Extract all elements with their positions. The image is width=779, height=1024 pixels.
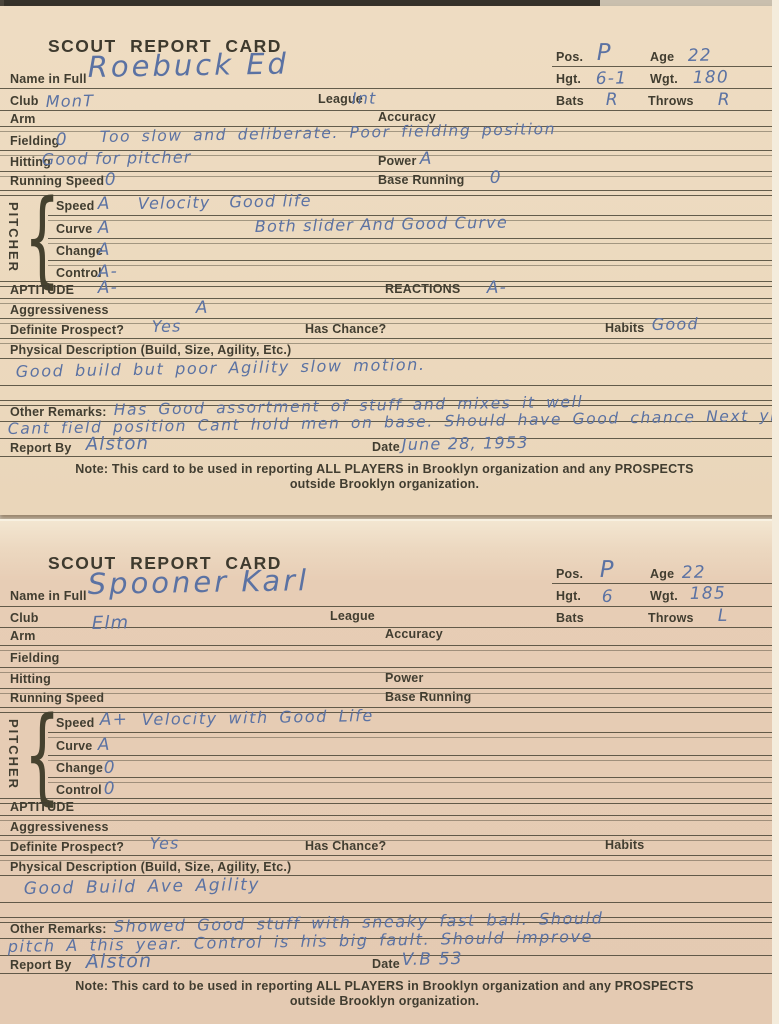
definite-prospect-value: Yes [152, 316, 182, 336]
rule-line [48, 243, 772, 244]
rule-line [0, 973, 772, 974]
other-remarks-label: Other Remarks: [10, 405, 107, 419]
speed-grade-value: A [98, 194, 111, 214]
rule-line [0, 195, 772, 196]
bats-label: Bats [556, 611, 584, 625]
physical-description-label: Physical Description (Build, Size, Agili… [10, 343, 291, 357]
curve-grade-value: A [98, 218, 111, 238]
report-by-label: Report By [10, 441, 72, 455]
rule-line [0, 707, 772, 708]
pos-value: P [597, 40, 613, 66]
has-chance-label: Has Chance? [305, 322, 386, 336]
aggressiveness-label: Aggressiveness [10, 303, 109, 317]
speed-grade-value: A+ [100, 710, 129, 730]
aggressiveness-value: A [196, 298, 209, 318]
rule-line [0, 902, 772, 903]
change-label: Change [56, 244, 103, 258]
definite-prospect-label: Definite Prospect? [10, 323, 124, 337]
physical-description-value: Good Build Ave Agility [24, 875, 261, 899]
rule-line [0, 645, 772, 646]
hitting-value: Good for pitcher [42, 147, 192, 169]
rule-line [0, 338, 772, 339]
rule-line [48, 782, 772, 783]
rule-line [0, 875, 772, 876]
has-chance-label: Has Chance? [305, 839, 386, 853]
rule-line [0, 820, 772, 821]
speed-note-value: Velocity with Good Life [142, 706, 374, 729]
change-grade-value: 0 [104, 758, 116, 778]
speed-label: Speed [56, 716, 95, 730]
club-label: Club [10, 611, 39, 625]
throws-value: L [718, 606, 729, 626]
date-label: Date [372, 957, 400, 971]
rule-line [0, 190, 772, 191]
reactions-label: REACTIONS [385, 282, 460, 296]
rule-line [552, 583, 772, 584]
fielding-label: Fielding [10, 134, 60, 148]
rule-line [0, 835, 772, 836]
wgt-value: 180 [693, 67, 729, 88]
rule-line [0, 650, 772, 651]
throws-value: R [718, 90, 731, 110]
hgt-label: Hgt. [556, 72, 581, 86]
base-running-value: 0 [490, 168, 502, 188]
wgt-value: 185 [690, 583, 726, 604]
wgt-label: Wgt. [650, 72, 678, 86]
rule-line [48, 755, 772, 756]
arm-label: Arm [10, 112, 36, 126]
rule-line [48, 265, 772, 266]
curve-label: Curve [56, 739, 92, 753]
definite-prospect-label: Definite Prospect? [10, 840, 124, 854]
reactions-value: A- [487, 278, 508, 298]
league-value: Int [352, 89, 377, 108]
rule-line [0, 456, 772, 457]
definite-prospect-value: Yes [150, 833, 180, 853]
control-label: Control [56, 266, 102, 280]
rule-line [48, 777, 772, 778]
club-value: MonT [46, 91, 95, 111]
base-running-label: Base Running [385, 690, 471, 704]
rule-line [0, 385, 772, 386]
rule-line [0, 88, 772, 89]
hitting-label: Hitting [10, 672, 51, 686]
curve-label: Curve [56, 222, 92, 236]
rule-line [48, 737, 772, 738]
hgt-value: 6-1 [596, 68, 628, 89]
age-label: Age [650, 50, 674, 64]
note-line1: Note: This card to be used in reporting … [0, 979, 769, 993]
other-remarks-label: Other Remarks: [10, 922, 107, 936]
aptitude-label: APTITUDE [10, 283, 74, 297]
rule-line [0, 815, 772, 816]
note-line2: outside Brooklyn organization. [0, 477, 769, 491]
note-line2: outside Brooklyn organization. [0, 994, 769, 1008]
report-by-value: Alston [86, 950, 153, 973]
club-label: Club [10, 94, 39, 108]
speed-note-value: Velocity Good life [138, 191, 312, 213]
note-line1: Note: This card to be used in reporting … [0, 462, 769, 476]
control-grade-value: 0 [104, 779, 116, 799]
scout-report-card-spooner: SCOUT REPORT CARD Pos. Age Name in Full … [0, 519, 779, 1024]
running-speed-value: 0 [105, 170, 117, 190]
habits-label: Habits [605, 321, 644, 335]
habits-label: Habits [605, 838, 644, 852]
throws-label: Throws [648, 611, 694, 625]
pitcher-brace: { [24, 709, 60, 801]
name-in-full-label: Name in Full [10, 72, 87, 86]
power-value: A [420, 149, 433, 169]
pitcher-section-label: PITCHER [6, 202, 21, 290]
name-value: Roebuck Ed [87, 46, 289, 84]
curve-note-value: Both slider And Good Curve [255, 213, 508, 236]
fielding-label: Fielding [10, 651, 60, 665]
rule-line [48, 260, 772, 261]
name-in-full-label: Name in Full [10, 589, 87, 603]
speed-label: Speed [56, 199, 95, 213]
change-label: Change [56, 761, 103, 775]
fielding-note-value: Too slow and deliberate. Poor fielding p… [100, 120, 557, 146]
name-value: Spooner Karl [87, 563, 309, 601]
age-label: Age [650, 567, 674, 581]
rule-line [0, 303, 772, 304]
power-label: Power [385, 671, 424, 685]
fielding-grade-value: 0 [56, 130, 68, 150]
bats-value: R [606, 90, 619, 110]
scout-report-card-roebuck: SCOUT REPORT CARD Pos. Age Name in Full … [0, 6, 779, 515]
rule-line [48, 760, 772, 761]
pos-label: Pos. [556, 567, 583, 581]
power-label: Power [378, 154, 417, 168]
change-grade-value: A [98, 240, 111, 260]
wgt-label: Wgt. [650, 589, 678, 603]
age-value: 22 [682, 563, 706, 583]
date-label: Date [372, 440, 400, 454]
rule-line [552, 66, 772, 67]
arm-label: Arm [10, 629, 36, 643]
rule-line [0, 803, 772, 804]
aptitude-value: A- [98, 278, 119, 298]
date-value: V.B 53 [402, 949, 463, 970]
hgt-label: Hgt. [556, 589, 581, 603]
aggressiveness-label: Aggressiveness [10, 820, 109, 834]
rule-line [0, 606, 772, 607]
rule-line [0, 855, 772, 856]
rule-line [0, 667, 772, 668]
physical-description-label: Physical Description (Build, Size, Agili… [10, 860, 291, 874]
rule-line [0, 298, 772, 299]
accuracy-label: Accuracy [385, 627, 443, 641]
hgt-value: 6 [602, 587, 614, 607]
base-running-label: Base Running [378, 173, 464, 187]
club-value: Elm [92, 612, 130, 634]
pos-value: P [600, 557, 616, 583]
curve-grade-value: A [98, 735, 111, 755]
report-by-value: Alston [86, 433, 150, 455]
rule-line [48, 238, 772, 239]
aptitude-label: APTITUDE [10, 800, 74, 814]
habits-value: Good [652, 314, 699, 334]
rule-line [0, 688, 772, 689]
control-label: Control [56, 783, 102, 797]
league-label: League [330, 609, 375, 623]
pitcher-brace: { [24, 192, 60, 284]
bats-label: Bats [556, 94, 584, 108]
age-value: 22 [688, 46, 712, 66]
scan-edge-right [772, 0, 779, 1024]
report-by-label: Report By [10, 958, 72, 972]
rule-line [48, 732, 772, 733]
date-value: June 28, 1953 [402, 433, 529, 454]
pitcher-section-label: PITCHER [6, 719, 21, 807]
throws-label: Throws [648, 94, 694, 108]
pos-label: Pos. [556, 50, 583, 64]
